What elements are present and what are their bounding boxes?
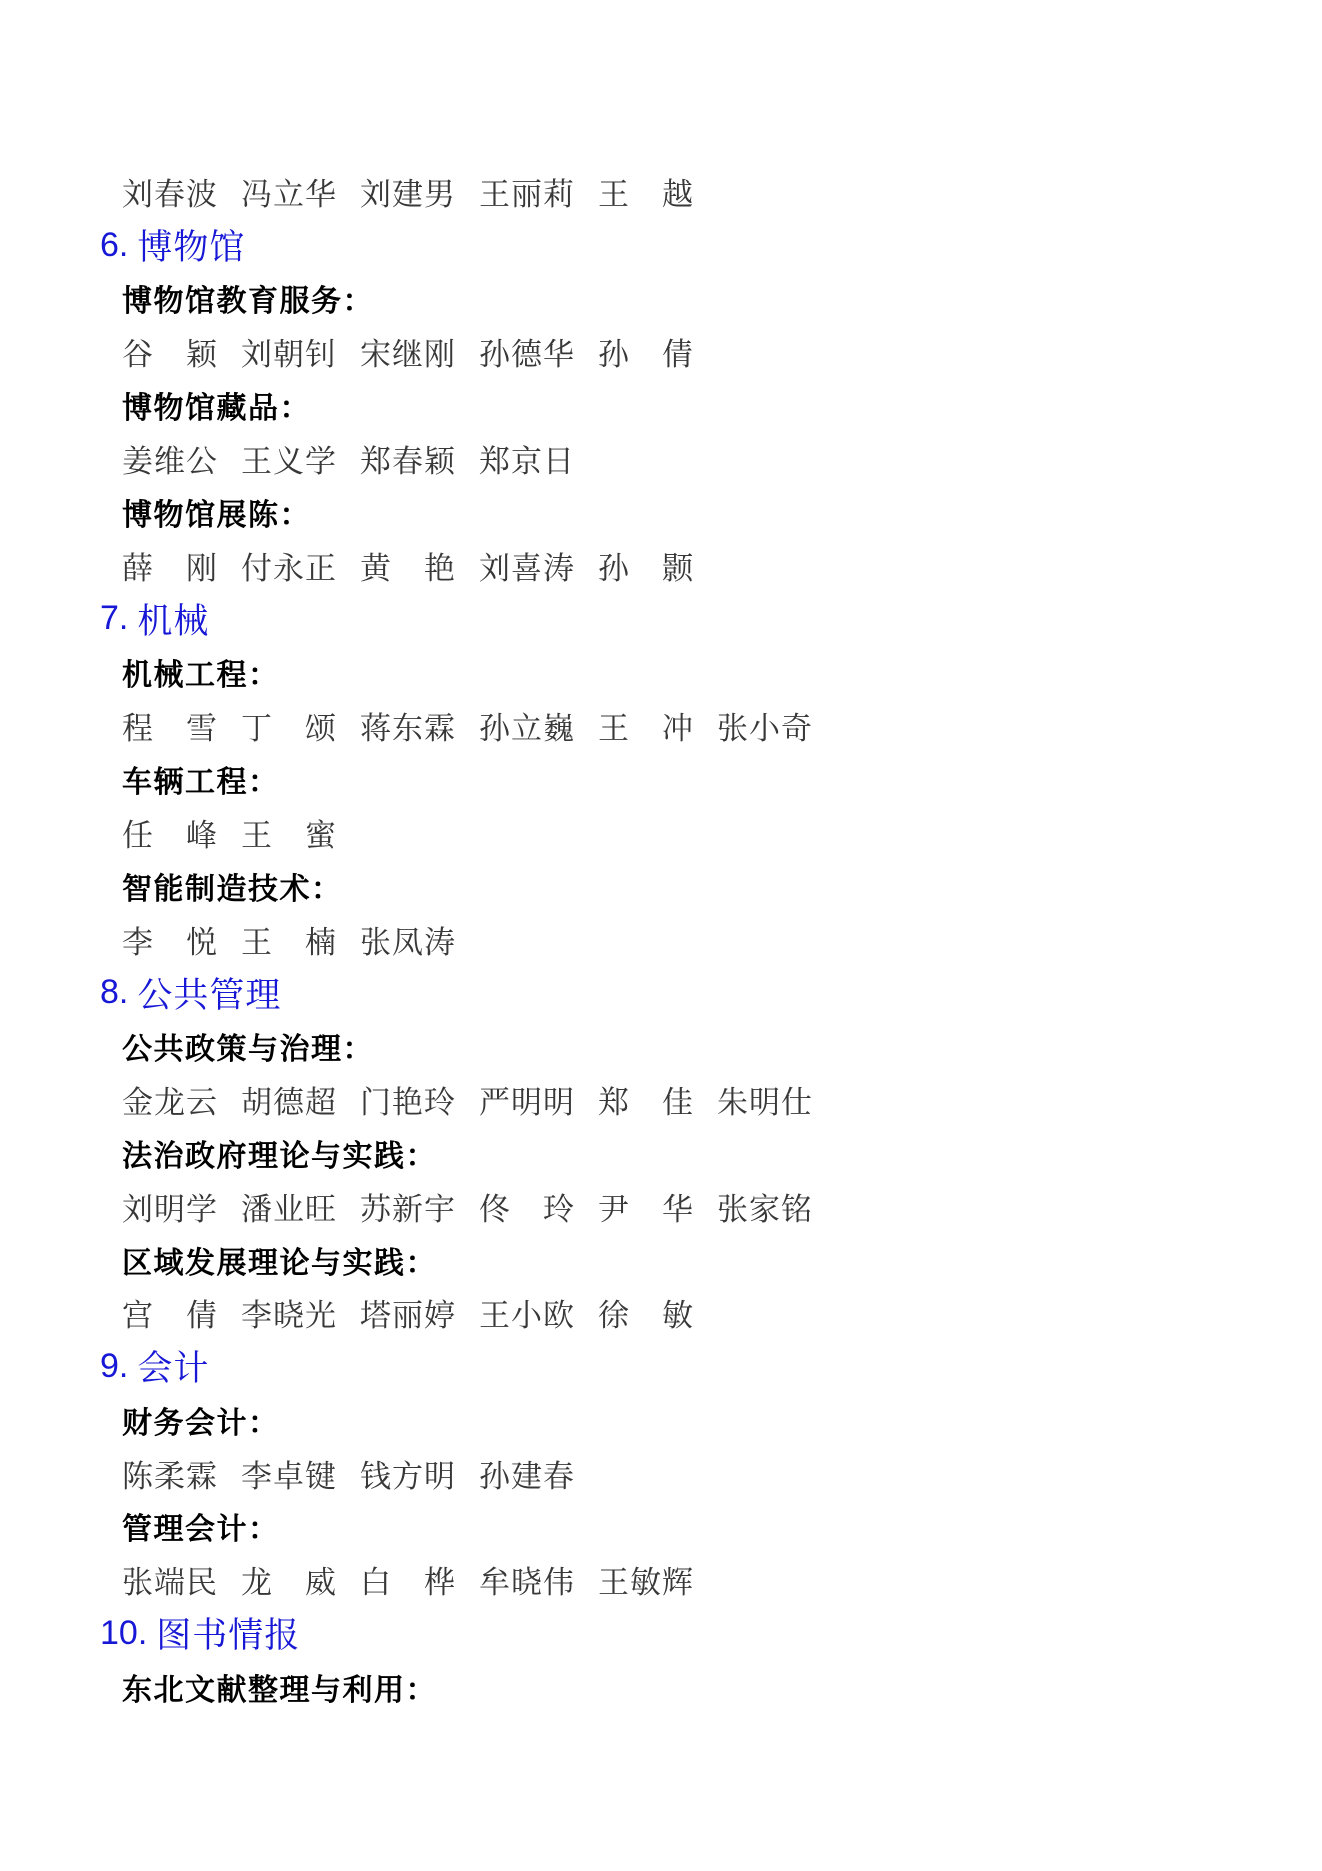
- group-label: 博物馆展陈：: [122, 490, 311, 534]
- names-line: 刘明学潘业旺苏新宇佟 玲尹 华张家铭: [0, 1179, 1322, 1232]
- section-title: 公共管理: [137, 968, 281, 1018]
- names-row: 谷 颖刘朝钊宋继刚孙德华孙 倩: [122, 329, 694, 374]
- section-title: 机械: [137, 594, 209, 644]
- section-number: 6.: [100, 226, 128, 265]
- person-name: 徐 敏: [598, 1290, 694, 1335]
- person-name: 郑春颖: [360, 436, 456, 481]
- names-line: 刘春波冯立华刘建男王丽莉王 越: [0, 165, 1322, 218]
- person-name: 刘明学: [122, 1184, 218, 1229]
- person-name: 姜维公: [122, 436, 218, 481]
- group-subhead: 博物馆教育服务：: [0, 272, 1322, 325]
- person-name: 李晓光: [241, 1290, 337, 1335]
- names-row: 金龙云胡德超门艳玲严明明郑 佳朱明仕: [122, 1077, 813, 1122]
- person-name: 孙建春: [479, 1451, 575, 1496]
- group-label: 管理会计：: [122, 1504, 280, 1548]
- person-name: 李 悦: [122, 917, 218, 962]
- names-line: 陈柔霖李卓键钱方明孙建春: [0, 1446, 1322, 1499]
- names-row: 刘春波冯立华刘建男王丽莉王 越: [122, 169, 694, 214]
- section-heading: 6.博物馆: [0, 218, 1322, 271]
- person-name: 郑 佳: [598, 1077, 694, 1122]
- person-name: 丁 颂: [241, 703, 337, 748]
- group-subhead: 管理会计：: [0, 1500, 1322, 1553]
- section-title: 会计: [137, 1341, 209, 1391]
- section-number: 7.: [100, 599, 128, 638]
- group-label: 智能制造技术：: [122, 864, 343, 908]
- person-name: 王 蜜: [241, 810, 337, 855]
- person-name: 朱明仕: [717, 1077, 813, 1122]
- names-line: 张端民龙 威白 桦牟晓伟王敏辉: [0, 1553, 1322, 1606]
- person-name: 宋继刚: [360, 329, 456, 374]
- group-subhead: 机械工程：: [0, 646, 1322, 699]
- person-name: 刘朝钊: [241, 329, 337, 374]
- section-heading: 9.会计: [0, 1340, 1322, 1393]
- names-line: 程 雪丁 颂蒋东霖孙立巍王 冲张小奇: [0, 699, 1322, 752]
- section-number: 9.: [100, 1347, 128, 1386]
- names-line: 姜维公王义学郑春颖郑京日: [0, 432, 1322, 485]
- names-row: 任 峰王 蜜: [122, 810, 337, 855]
- group-subhead: 博物馆展陈：: [0, 485, 1322, 538]
- names-row: 陈柔霖李卓键钱方明孙建春: [122, 1451, 575, 1496]
- person-name: 张端民: [122, 1557, 218, 1602]
- person-name: 潘业旺: [241, 1184, 337, 1229]
- group-subhead: 区域发展理论与实践：: [0, 1233, 1322, 1286]
- group-subhead: 公共政策与治理：: [0, 1019, 1322, 1072]
- person-name: 佟 玲: [479, 1184, 575, 1229]
- person-name: 张小奇: [717, 703, 813, 748]
- names-row: 薛 刚付永正黄 艳刘喜涛孙 颢: [122, 543, 694, 588]
- person-name: 冯立华: [241, 169, 337, 214]
- names-line: 金龙云胡德超门艳玲严明明郑 佳朱明仕: [0, 1073, 1322, 1126]
- section-heading: 8.公共管理: [0, 966, 1322, 1019]
- person-name: 牟晓伟: [479, 1557, 575, 1602]
- person-name: 李卓键: [241, 1451, 337, 1496]
- group-subhead: 东北文献整理与利用：: [0, 1660, 1322, 1713]
- group-label: 公共政策与治理：: [122, 1024, 374, 1068]
- group-label: 机械工程：: [122, 650, 280, 694]
- section-heading: 10.图书情报: [0, 1607, 1322, 1660]
- names-row: 李 悦王 楠张凤涛: [122, 917, 456, 962]
- person-name: 黄 艳: [360, 543, 456, 588]
- person-name: 任 峰: [122, 810, 218, 855]
- document-body: 刘春波冯立华刘建男王丽莉王 越6.博物馆博物馆教育服务：谷 颖刘朝钊宋继刚孙德华…: [0, 0, 1322, 1713]
- person-name: 刘建男: [360, 169, 456, 214]
- person-name: 门艳玲: [360, 1077, 456, 1122]
- group-label: 财务会计：: [122, 1398, 280, 1442]
- person-name: 王 楠: [241, 917, 337, 962]
- person-name: 陈柔霖: [122, 1451, 218, 1496]
- person-name: 张家铭: [717, 1184, 813, 1229]
- section-title: 博物馆: [137, 220, 245, 270]
- section-number: 10.: [100, 1614, 147, 1653]
- group-label: 东北文献整理与利用：: [122, 1665, 437, 1709]
- names-line: 李 悦王 楠张凤涛: [0, 912, 1322, 965]
- person-name: 刘喜涛: [479, 543, 575, 588]
- person-name: 塔丽婷: [360, 1290, 456, 1335]
- group-subhead: 车辆工程：: [0, 752, 1322, 805]
- person-name: 王 越: [598, 169, 694, 214]
- person-name: 王丽莉: [479, 169, 575, 214]
- names-line: 宫 倩李晓光塔丽婷王小欧徐 敏: [0, 1286, 1322, 1339]
- names-line: 薛 刚付永正黄 艳刘喜涛孙 颢: [0, 539, 1322, 592]
- group-subhead: 法治政府理论与实践：: [0, 1126, 1322, 1179]
- person-name: 张凤涛: [360, 917, 456, 962]
- person-name: 严明明: [479, 1077, 575, 1122]
- group-label: 区域发展理论与实践：: [122, 1238, 437, 1282]
- group-label: 博物馆教育服务：: [122, 276, 374, 320]
- names-row: 张端民龙 威白 桦牟晓伟王敏辉: [122, 1557, 694, 1602]
- names-row: 姜维公王义学郑春颖郑京日: [122, 436, 575, 481]
- person-name: 王敏辉: [598, 1557, 694, 1602]
- person-name: 程 雪: [122, 703, 218, 748]
- person-name: 孙 倩: [598, 329, 694, 374]
- section-heading: 7.机械: [0, 592, 1322, 645]
- person-name: 白 桦: [360, 1557, 456, 1602]
- group-subhead: 博物馆藏品：: [0, 379, 1322, 432]
- group-label: 车辆工程：: [122, 757, 280, 801]
- person-name: 王小欧: [479, 1290, 575, 1335]
- person-name: 龙 威: [241, 1557, 337, 1602]
- person-name: 刘春波: [122, 169, 218, 214]
- person-name: 孙 颢: [598, 543, 694, 588]
- person-name: 胡德超: [241, 1077, 337, 1122]
- group-subhead: 财务会计：: [0, 1393, 1322, 1446]
- person-name: 付永正: [241, 543, 337, 588]
- names-row: 程 雪丁 颂蒋东霖孙立巍王 冲张小奇: [122, 703, 813, 748]
- person-name: 薛 刚: [122, 543, 218, 588]
- person-name: 宫 倩: [122, 1290, 218, 1335]
- group-label: 博物馆藏品：: [122, 383, 311, 427]
- person-name: 钱方明: [360, 1451, 456, 1496]
- section-title: 图书情报: [156, 1608, 300, 1658]
- document-page: 刘春波冯立华刘建男王丽莉王 越6.博物馆博物馆教育服务：谷 颖刘朝钊宋继刚孙德华…: [0, 0, 1322, 1871]
- section-number: 8.: [100, 973, 128, 1012]
- person-name: 苏新宇: [360, 1184, 456, 1229]
- names-row: 宫 倩李晓光塔丽婷王小欧徐 敏: [122, 1290, 694, 1335]
- person-name: 郑京日: [479, 436, 575, 481]
- person-name: 王 冲: [598, 703, 694, 748]
- person-name: 谷 颖: [122, 329, 218, 374]
- person-name: 金龙云: [122, 1077, 218, 1122]
- names-row: 刘明学潘业旺苏新宇佟 玲尹 华张家铭: [122, 1184, 813, 1229]
- group-label: 法治政府理论与实践：: [122, 1131, 437, 1175]
- person-name: 尹 华: [598, 1184, 694, 1229]
- person-name: 蒋东霖: [360, 703, 456, 748]
- names-line: 谷 颖刘朝钊宋继刚孙德华孙 倩: [0, 325, 1322, 378]
- names-line: 任 峰王 蜜: [0, 806, 1322, 859]
- person-name: 王义学: [241, 436, 337, 481]
- group-subhead: 智能制造技术：: [0, 859, 1322, 912]
- person-name: 孙立巍: [479, 703, 575, 748]
- person-name: 孙德华: [479, 329, 575, 374]
